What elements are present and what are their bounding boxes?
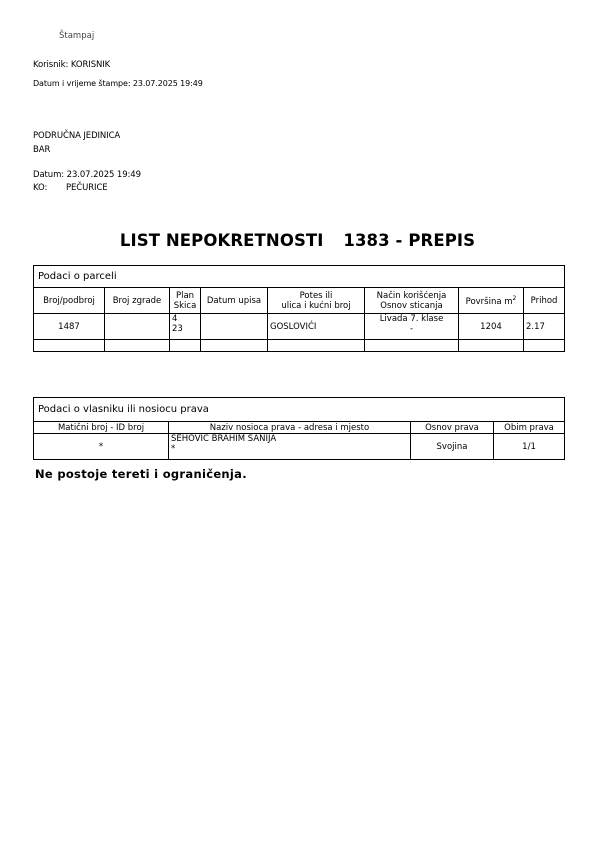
table-row: 1487 423 GOSLOVIĆI Livada 7. klase- 1204…: [34, 314, 565, 340]
owner-table: Podaci o vlasniku ili nosiocu prava Mati…: [33, 397, 565, 460]
date-line: Datum: 23.07.2025 19:49: [33, 170, 141, 180]
print-datetime-line: Datum i vrijeme štampe: 23.07.2025 19:49: [33, 79, 203, 88]
header-zgrada: Broj zgrade: [105, 288, 170, 314]
user-label: Korisnik:: [33, 60, 68, 70]
parcel-table-caption: Podaci o parceli: [34, 266, 565, 288]
header-broj: Broj/podbroj: [34, 288, 105, 314]
cell-id: *: [34, 434, 169, 460]
header-plan: PlanSkica: [170, 288, 201, 314]
header-id: Matični broj - ID broj: [34, 422, 169, 434]
header-povrsina: Površina m2: [459, 288, 524, 314]
unit-label: PODRUČNA JEDINICA: [33, 131, 120, 141]
title-main: LIST NEPOKRETNOSTI: [120, 231, 324, 250]
header-osnov: Osnov prava: [411, 422, 494, 434]
cell-nacin: Livada 7. klase-: [365, 314, 459, 340]
header-prihod: Prihod: [524, 288, 565, 314]
ko-line: KO: PEČURICE: [33, 183, 47, 193]
unit-value: BAR: [33, 145, 50, 155]
header-naziv: Naziv nosioca prava - adresa i mjesto: [169, 422, 411, 434]
encumbrances-note: Ne postoje tereti i ograničenja.: [35, 467, 247, 481]
parcel-table: Podaci o parceli Broj/podbroj Broj zgrad…: [33, 265, 565, 352]
user-line: Korisnik: KORISNIK: [33, 60, 110, 70]
header-nacin: Način korišćenjaOsnov sticanja: [365, 288, 459, 314]
owner-table-caption: Podaci o vlasniku ili nosiocu prava: [34, 398, 565, 422]
cell-osnov: Svojina: [411, 434, 494, 460]
print-datetime-value: 23.07.2025 19:49: [133, 79, 203, 88]
title-number: 1383 - PREPIS: [343, 231, 475, 250]
cell-zgrada: [105, 314, 170, 340]
header-datum: Datum upisa: [201, 288, 268, 314]
cell-plan: 423: [170, 314, 201, 340]
cell-prihod: 2.17: [524, 314, 565, 340]
cell-povrsina: 1204: [459, 314, 524, 340]
table-row-empty: [34, 340, 565, 352]
ko-label: KO:: [33, 183, 47, 193]
print-datetime-label: Datum i vrijeme štampe:: [33, 79, 130, 88]
cell-potes: GOSLOVIĆI: [268, 314, 365, 340]
date-value: 23.07.2025 19:49: [67, 170, 141, 180]
header-potes: Potes iliulica i kućni broj: [268, 288, 365, 314]
owner-table-header: Matični broj - ID broj Naziv nosioca pra…: [34, 422, 565, 434]
parcel-table-header: Broj/podbroj Broj zgrade PlanSkica Datum…: [34, 288, 565, 314]
cell-datum: [201, 314, 268, 340]
page-title: LIST NEPOKRETNOSTI 1383 - PREPIS: [0, 231, 595, 250]
user-value: KORISNIK: [71, 60, 110, 70]
date-label: Datum:: [33, 170, 64, 180]
cell-naziv: ŠEHOVIĆ BRAHIM SANIJA*: [169, 434, 411, 460]
ko-value: PEČURICE: [66, 183, 108, 193]
header-obim: Obim prava: [494, 422, 565, 434]
cell-obim: 1/1: [494, 434, 565, 460]
table-row: * ŠEHOVIĆ BRAHIM SANIJA* Svojina 1/1: [34, 434, 565, 460]
print-link[interactable]: Štampaj: [59, 31, 94, 41]
cell-broj: 1487: [34, 314, 105, 340]
